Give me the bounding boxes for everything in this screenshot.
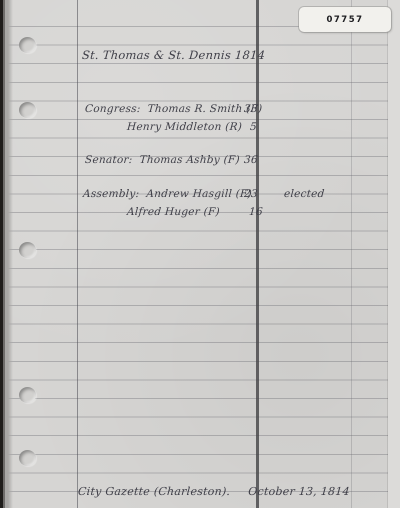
hole-punch: [19, 102, 36, 118]
candidate-name: Thomas Ashby (F): [139, 154, 240, 166]
citation-date: October 13, 1814: [248, 485, 350, 498]
candidate-name: Alfred Huger (F): [127, 206, 221, 218]
vote-count: 36: [244, 154, 273, 166]
hole-punch: [19, 450, 36, 466]
vote-count: 5: [250, 121, 279, 133]
office-label: Senator:: [85, 154, 133, 166]
candidate-name: Andrew Hasgill (F): [146, 188, 252, 200]
elected-note: elected: [284, 188, 325, 200]
ruled-lines: [8, 26, 400, 508]
paper-right-edge: [387, 0, 400, 508]
office-label: Congress:: [85, 103, 141, 115]
hole-punch: [19, 37, 36, 53]
scan-left-edge: [0, 0, 13, 508]
scanned-ledger-page: 07757 St. Thomas & St. Dennis 1814 Congr…: [0, 0, 400, 508]
right-column-line: [351, 0, 352, 508]
result-row: Senator:Thomas Ashby (F): [85, 154, 241, 166]
citation: City Gazette (Charleston).October 13, 18…: [78, 485, 351, 498]
hole-punch: [19, 242, 36, 258]
result-row: Congress:Thomas R. Smith (F): [85, 103, 263, 115]
left-margin-line: [77, 0, 78, 508]
catalog-label-number: 07757: [326, 15, 363, 25]
citation-source: City Gazette (Charleston).: [78, 485, 231, 498]
result-row: Assembly:Andrew Hasgill (F): [83, 188, 253, 200]
candidate-name: Henry Middleton (R): [127, 121, 243, 133]
vote-count: 23: [244, 188, 273, 200]
vote-count: 16: [249, 206, 278, 218]
result-row: Henry Middleton (R): [127, 121, 243, 133]
page-title: St. Thomas & St. Dennis 1814: [82, 48, 266, 62]
vote-count: 33: [244, 103, 273, 115]
result-row: Alfred Huger (F): [127, 206, 221, 218]
office-label: Assembly:: [83, 188, 140, 200]
catalog-label: 07757: [299, 7, 391, 32]
hole-punch: [19, 387, 36, 403]
center-divider-line: [256, 0, 259, 508]
